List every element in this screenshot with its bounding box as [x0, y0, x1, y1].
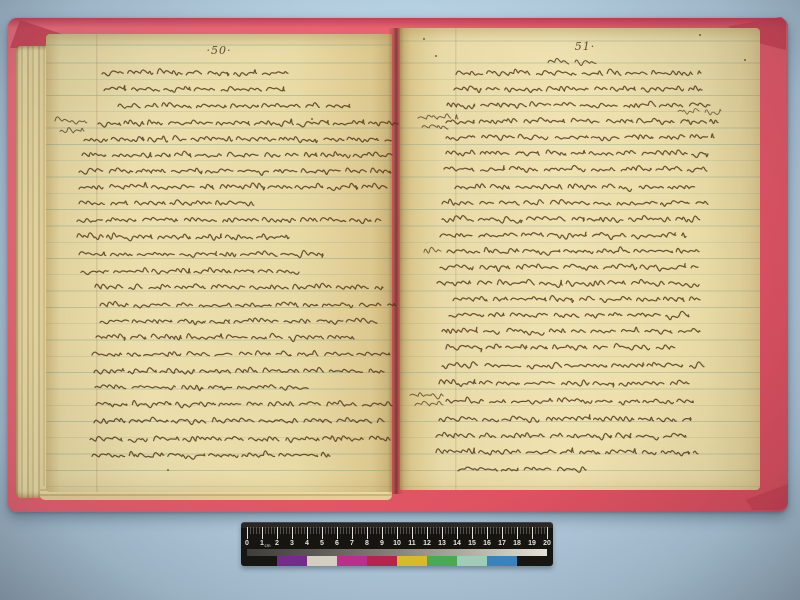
- color-patch-purple: [277, 556, 307, 566]
- color-patch-blue: [487, 556, 517, 566]
- ruler-number: 5: [320, 539, 324, 548]
- handwritten-line: [453, 296, 700, 303]
- handwritten-line: [437, 280, 699, 288]
- handwritten-line: [436, 448, 698, 456]
- handwritten-line: [96, 401, 392, 408]
- handwritten-line: [79, 183, 387, 191]
- ruler-number: 7: [350, 539, 354, 548]
- ruler-number: 9: [380, 539, 384, 548]
- handwritten-line: [446, 134, 714, 141]
- calibration-ruler: 01cm234567891011121314151617181920: [241, 522, 553, 566]
- handwritten-line: [456, 69, 701, 76]
- handwritten-line: [96, 333, 354, 341]
- handwritten-line: [424, 247, 441, 253]
- handwritten-line: [95, 385, 308, 391]
- handwritten-line: [82, 151, 392, 158]
- ink-speck: [423, 38, 425, 40]
- ink-speck: [744, 59, 746, 61]
- handwritten-line: [447, 101, 710, 109]
- handwritten-line: [454, 86, 702, 93]
- handwriting-layer: [0, 0, 800, 600]
- handwritten-line: [79, 200, 254, 206]
- color-patch-yellow: [397, 556, 427, 566]
- handwritten-line: [447, 247, 699, 255]
- handwritten-line: [79, 250, 323, 257]
- handwritten-line: [98, 119, 398, 127]
- ruler-grayscale-strip: [247, 549, 547, 556]
- handwritten-line: [446, 150, 708, 157]
- handwritten-line: [92, 351, 390, 357]
- ruler-number: 14: [453, 539, 461, 548]
- handwritten-line: [415, 401, 443, 405]
- handwritten-line: [446, 344, 675, 352]
- handwritten-line: [94, 367, 384, 374]
- handwritten-line: [94, 417, 384, 424]
- handwritten-line: [118, 103, 350, 108]
- handwritten-line: [442, 199, 708, 206]
- handwritten-line: [439, 415, 691, 423]
- color-patch-magenta: [337, 556, 367, 566]
- handwritten-line: [79, 168, 391, 175]
- ruler-number: 4: [305, 539, 309, 548]
- manuscript-photo: ·50· 51· 01cm234567891011121314151617181…: [0, 0, 800, 600]
- handwritten-line: [90, 436, 390, 442]
- ink-speck: [435, 55, 437, 57]
- handwritten-line: [446, 397, 693, 405]
- ruler-number: 11: [408, 539, 415, 548]
- handwritten-line: [418, 114, 458, 119]
- ruler-number: 10: [393, 539, 401, 548]
- color-patch-pale-cyan: [457, 556, 487, 566]
- handwritten-line: [449, 311, 689, 319]
- ruler-number: 8: [365, 539, 369, 548]
- handwritten-line: [81, 268, 299, 275]
- handwritten-line: [455, 184, 695, 192]
- handwritten-line: [77, 217, 381, 223]
- ruler-number: 16: [483, 539, 491, 548]
- handwritten-line: [444, 166, 707, 173]
- handwritten-line: [55, 117, 87, 124]
- handwritten-line: [84, 136, 391, 143]
- handwritten-line: [548, 58, 596, 65]
- handwritten-line: [458, 467, 586, 472]
- handwritten-line: [100, 301, 396, 307]
- handwritten-line: [442, 327, 700, 335]
- handwritten-line: [92, 451, 330, 459]
- ruler-number: 13: [438, 539, 446, 548]
- handwritten-line: [439, 380, 689, 387]
- handwritten-line: [440, 264, 698, 272]
- handwritten-line: [410, 393, 443, 399]
- handwritten-line: [436, 432, 686, 440]
- handwritten-line: [422, 125, 448, 129]
- handwritten-line: [102, 69, 288, 76]
- color-patch-green: [427, 556, 457, 566]
- ruler-number: 15: [468, 539, 476, 548]
- handwritten-line: [95, 283, 383, 289]
- ruler-number: 1cm: [260, 539, 264, 548]
- handwritten-line: [440, 232, 686, 239]
- handwritten-line: [446, 118, 718, 125]
- ink-speck: [311, 118, 313, 120]
- ruler-number: 0: [245, 539, 249, 548]
- ruler-number: 20: [543, 539, 551, 548]
- ruler-number: 2: [275, 539, 279, 548]
- ruler-number: 19: [528, 539, 536, 548]
- ink-speck: [167, 469, 169, 471]
- ruler-number: 6: [335, 539, 339, 548]
- handwritten-line: [77, 233, 289, 241]
- color-patch-red: [367, 556, 397, 566]
- handwritten-line: [104, 86, 285, 93]
- handwritten-line: [442, 362, 704, 369]
- handwritten-line: [100, 318, 377, 325]
- color-patch-white: [307, 556, 337, 566]
- handwritten-line: [60, 128, 84, 133]
- ruler-number: 18: [513, 539, 521, 548]
- handwritten-line: [678, 109, 721, 115]
- ruler-number: 17: [498, 539, 506, 548]
- ink-speck: [699, 34, 701, 36]
- ruler-color-patches: [241, 556, 553, 566]
- ruler-number: 3: [290, 539, 294, 548]
- ruler-number: 12: [423, 539, 431, 548]
- handwritten-line: [442, 216, 700, 224]
